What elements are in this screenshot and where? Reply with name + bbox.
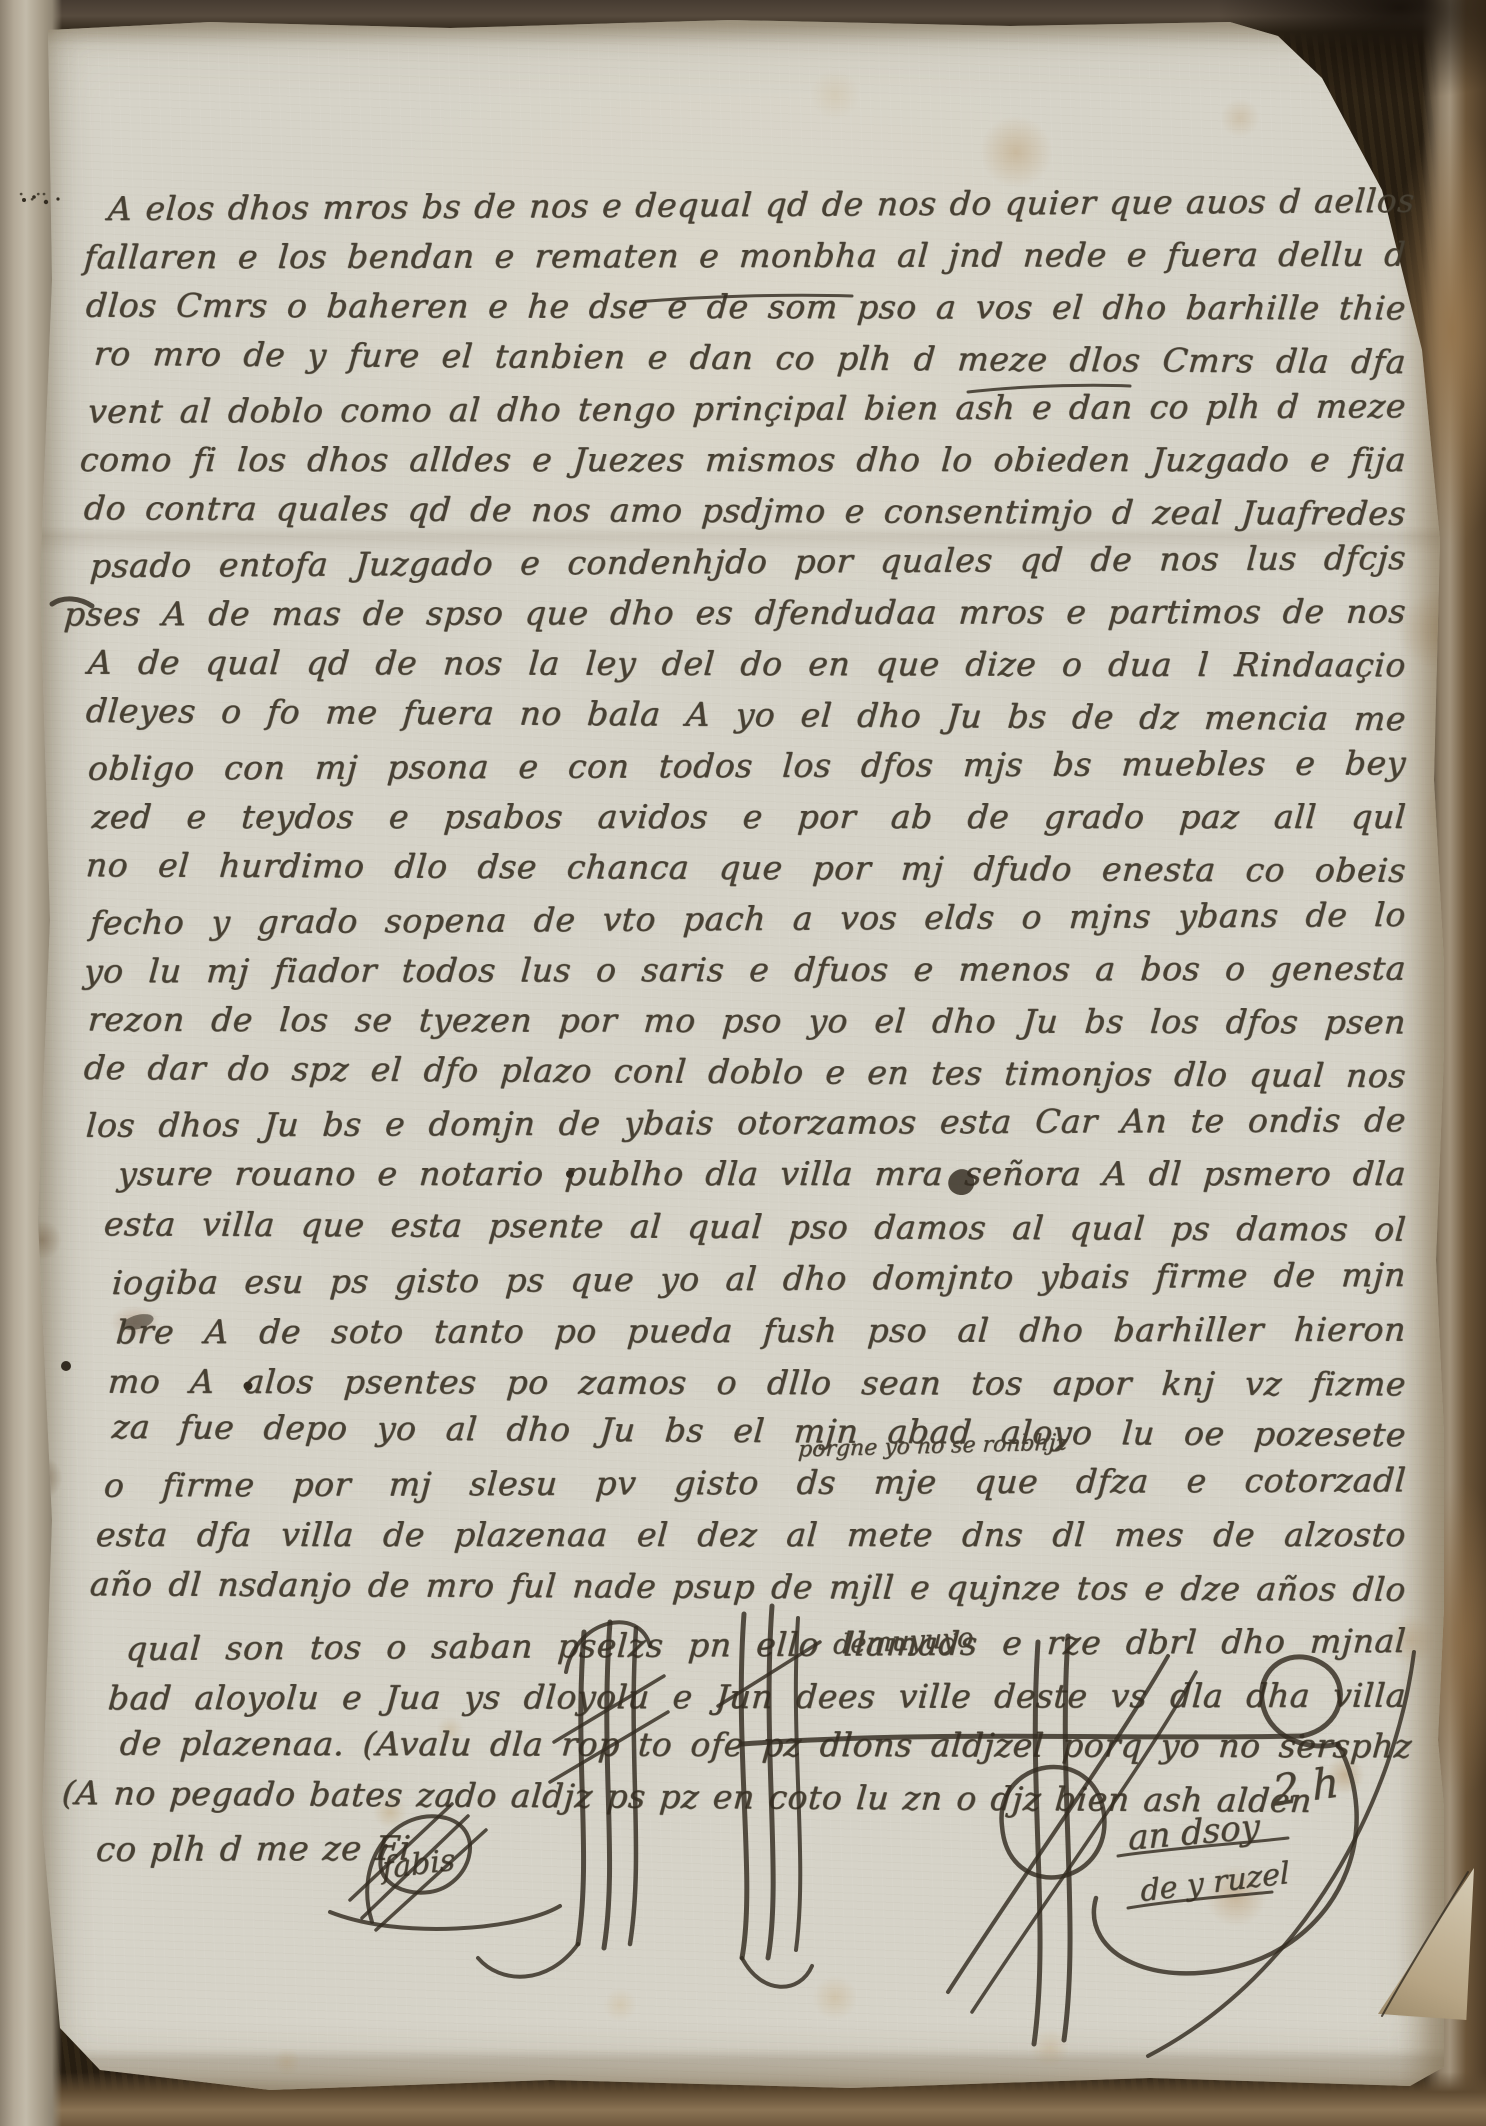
manuscript-page xyxy=(30,20,1444,2096)
